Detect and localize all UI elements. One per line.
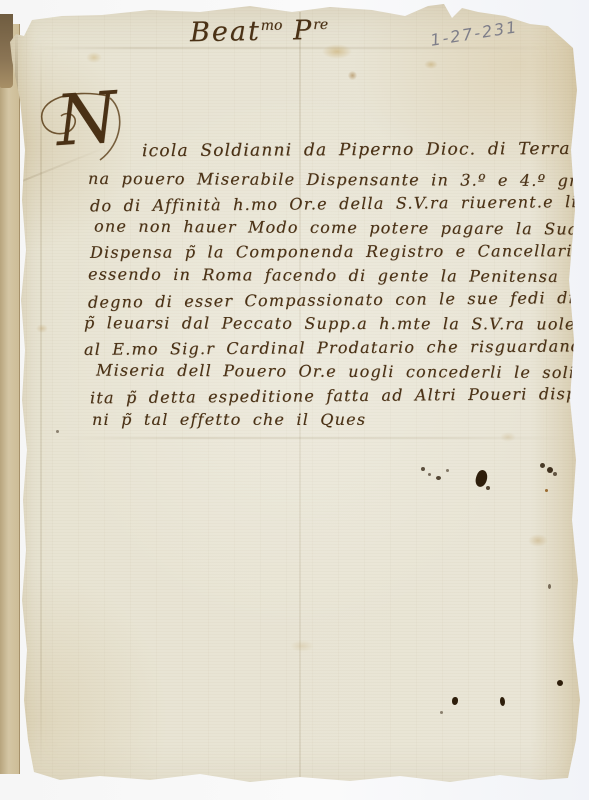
salutation-superscript: re: [313, 17, 328, 33]
foxing-stain: [36, 324, 48, 333]
ink-speck: [56, 430, 59, 433]
text-line: Miseria dell Pouero Or.e uogli concederl…: [96, 360, 589, 385]
text-line: essendo in Roma facendo di gente la Peni…: [88, 265, 589, 290]
archival-number: 1-27-231: [429, 17, 520, 50]
text-line: al E.mo Sig.r Cardinal Prodatario che ri…: [84, 336, 589, 362]
salutation-word: Beat: [190, 16, 261, 48]
salutation: Beatmo Pre: [190, 15, 329, 48]
ink-blot: [446, 469, 449, 472]
ink-speck: [440, 711, 443, 714]
rust-speck: [545, 489, 548, 492]
ink-blot: [436, 476, 441, 480]
text-line: ita p̃ detta espeditione fatta ad Altri …: [90, 384, 589, 411]
foxing-stain: [322, 44, 352, 59]
salutation-word: P: [293, 15, 314, 46]
fold-crease-left-faint: [40, 40, 42, 770]
manuscript-sheet: Beatmo Pre 1-27-231 N icola Soldianni da…: [0, 0, 589, 800]
foxing-stain: [348, 71, 357, 80]
ink-speck: [557, 680, 563, 686]
drop-cap-initial: N: [54, 82, 120, 156]
text-line: one non hauer Modo come potere pagare la…: [94, 217, 579, 242]
crease-horizontal-middle: [60, 437, 575, 439]
ink-speck: [500, 697, 505, 706]
foxing-stain: [86, 52, 102, 63]
ink-blot: [547, 467, 553, 473]
foxing-stain: [424, 60, 438, 69]
text-line: do di Affinità h.mo Or.e della S.V.ra ri…: [90, 192, 589, 219]
foxing-stain: [290, 640, 314, 652]
ink-blot: [421, 467, 425, 471]
ink-blot: [553, 472, 557, 476]
ink-blot: [474, 469, 489, 488]
foxing-stain: [528, 534, 548, 547]
salutation-superscript: mo: [261, 18, 283, 34]
text-line: degno di esser Compassionato con le sue …: [88, 287, 589, 314]
scanned-manuscript: Beatmo Pre 1-27-231 N icola Soldianni da…: [0, 0, 589, 800]
crease-horizontal-top: [30, 47, 560, 49]
ink-speck: [548, 584, 551, 589]
text-line: Dispensa p̃ la Componenda Registro e Can…: [90, 241, 583, 265]
ink-blot: [486, 486, 490, 490]
ink-blot: [428, 473, 431, 476]
text-line: icola Soldianni da Piperno Dioc. di Terr…: [142, 139, 588, 163]
text-line: p̃ leuarsi dal Peccato Supp.a h.mte la S…: [84, 313, 589, 337]
ink-blot: [540, 463, 545, 468]
foxing-stain: [500, 432, 516, 442]
ink-speck: [452, 697, 458, 705]
text-line: na pouero Miserabile Dispensante in 3.º …: [88, 169, 589, 193]
binding-edge-strip: [0, 24, 20, 774]
text-line: ni p̃ tal effetto che il Ques: [92, 410, 366, 432]
